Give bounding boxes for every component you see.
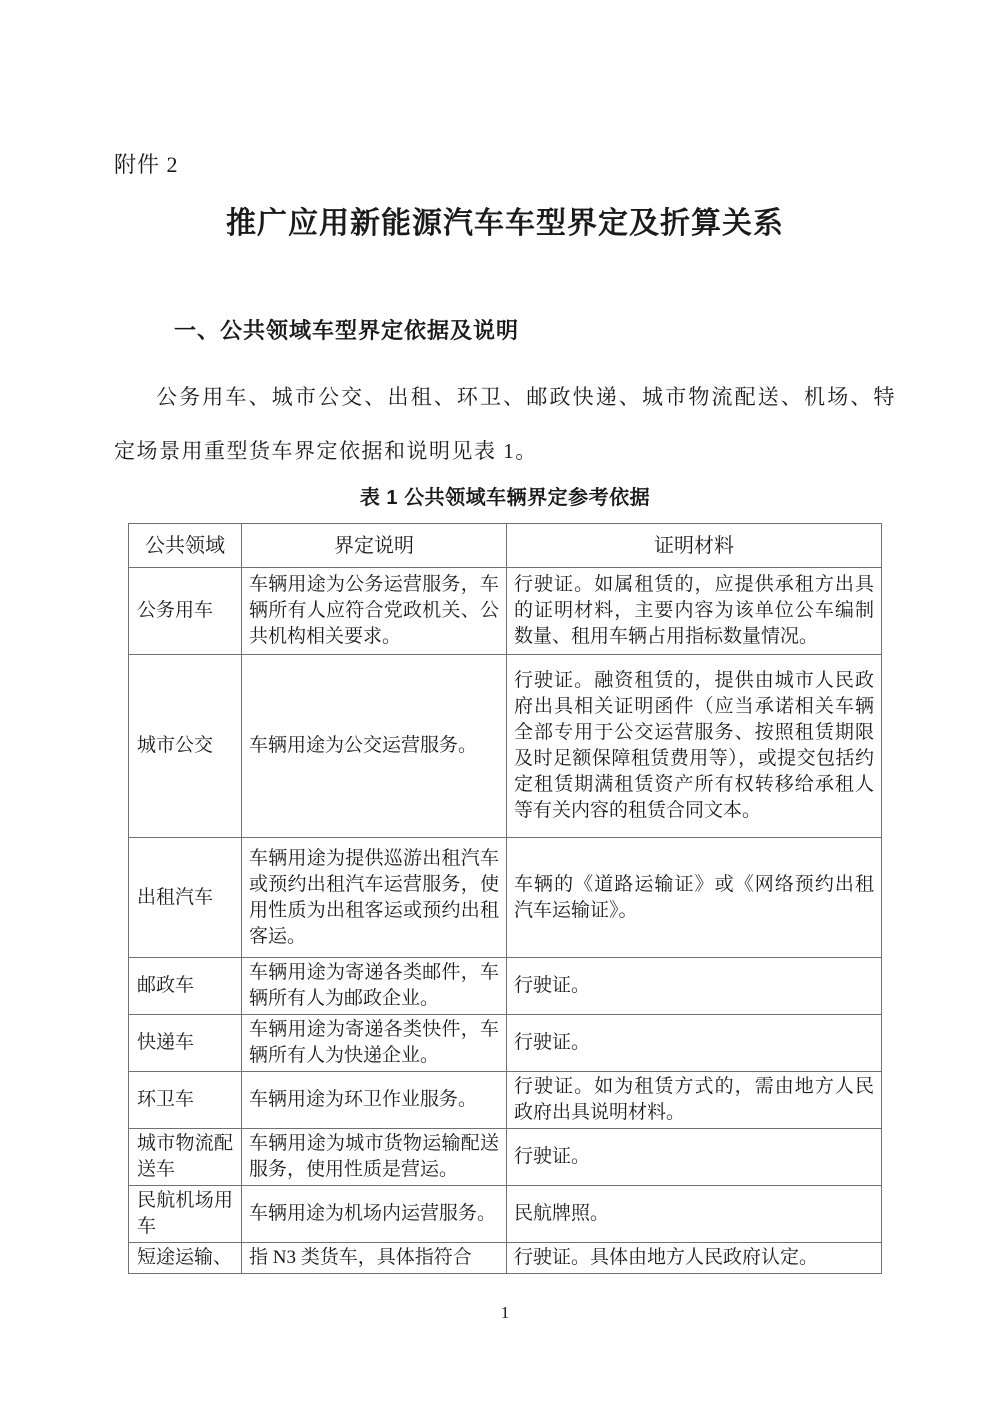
table-row: 邮政车 车辆用途为寄递各类邮件，车辆所有人为邮政企业。 行驶证。: [129, 958, 882, 1015]
document-title: 推广应用新能源汽车车型界定及折算关系: [114, 198, 896, 242]
cell-evidence: 行驶证。融资租赁的，提供由城市人民政府出具相关证明函件（应当承诺相关车辆全部专用…: [507, 655, 882, 838]
cell-definition: 车辆用途为公交运营服务。: [242, 655, 507, 838]
cell-domain: 短途运输、: [129, 1243, 242, 1274]
cell-domain: 城市公交: [129, 655, 242, 838]
cell-domain: 民航机场用车: [129, 1186, 242, 1243]
header-cell-evidence: 证明材料: [507, 524, 882, 568]
table-row: 短途运输、 指 N3 类货车，具体指符合 行驶证。具体由地方人民政府认定。: [129, 1243, 882, 1274]
table-row: 环卫车 车辆用途为环卫作业服务。 行驶证。如为租赁方式的，需由地方人民政府出具说…: [129, 1072, 882, 1129]
table-row: 城市公交 车辆用途为公交运营服务。 行驶证。融资租赁的，提供由城市人民政府出具相…: [129, 655, 882, 838]
cell-definition: 车辆用途为环卫作业服务。: [242, 1072, 507, 1129]
table-row: 民航机场用车 车辆用途为机场内运营服务。 民航牌照。: [129, 1186, 882, 1243]
cell-definition: 车辆用途为机场内运营服务。: [242, 1186, 507, 1243]
vehicle-definition-table: 公共领域 界定说明 证明材料 公务用车 车辆用途为公务运营服务，车辆所有人应符合…: [128, 523, 882, 1274]
cell-evidence: 行驶证。如属租赁的，应提供承租方出具的证明材料，主要内容为该单位公车编制数量、租…: [507, 568, 882, 655]
cell-definition: 指 N3 类货车，具体指符合: [242, 1243, 507, 1274]
document-page: 附件 2 推广应用新能源汽车车型界定及折算关系 一、公共领域车型界定依据及说明 …: [0, 0, 1007, 1426]
cell-evidence: 行驶证。: [507, 1015, 882, 1072]
cell-evidence: 行驶证。: [507, 1129, 882, 1186]
cell-evidence: 民航牌照。: [507, 1186, 882, 1243]
cell-evidence: 行驶证。如为租赁方式的，需由地方人民政府出具说明材料。: [507, 1072, 882, 1129]
cell-domain: 城市物流配送车: [129, 1129, 242, 1186]
table-caption: 表 1 公共领域车辆界定参考依据: [114, 481, 896, 510]
cell-definition: 车辆用途为寄递各类邮件，车辆所有人为邮政企业。: [242, 958, 507, 1015]
cell-definition: 车辆用途为城市货物运输配送服务，使用性质是营运。: [242, 1129, 507, 1186]
header-cell-definition: 界定说明: [242, 524, 507, 568]
header-cell-domain: 公共领域: [129, 524, 242, 568]
cell-definition: 车辆用途为公务运营服务，车辆所有人应符合党政机关、公共机构相关要求。: [242, 568, 507, 655]
cell-domain: 快递车: [129, 1015, 242, 1072]
page-number: 1: [114, 1303, 896, 1323]
cell-domain: 邮政车: [129, 958, 242, 1015]
cell-evidence: 车辆的《道路运输证》或《网络预约出租汽车运输证》。: [507, 838, 882, 958]
cell-domain: 出租汽车: [129, 838, 242, 958]
table-row: 城市物流配送车 车辆用途为城市货物运输配送服务，使用性质是营运。 行驶证。: [129, 1129, 882, 1186]
cell-definition: 车辆用途为提供巡游出租汽车或预约出租汽车运营服务，使用性质为出租客运或预约出租客…: [242, 838, 507, 958]
table-row: 出租汽车 车辆用途为提供巡游出租汽车或预约出租汽车运营服务，使用性质为出租客运或…: [129, 838, 882, 958]
table-row: 公务用车 车辆用途为公务运营服务，车辆所有人应符合党政机关、公共机构相关要求。 …: [129, 568, 882, 655]
cell-definition: 车辆用途为寄递各类快件，车辆所有人为快递企业。: [242, 1015, 507, 1072]
cell-evidence: 行驶证。具体由地方人民政府认定。: [507, 1243, 882, 1274]
cell-domain: 环卫车: [129, 1072, 242, 1129]
table-row: 快递车 车辆用途为寄递各类快件，车辆所有人为快递企业。 行驶证。: [129, 1015, 882, 1072]
cell-evidence: 行驶证。: [507, 958, 882, 1015]
attachment-label: 附件 2: [114, 148, 179, 179]
table-header-row: 公共领域 界定说明 证明材料: [129, 524, 882, 568]
cell-domain: 公务用车: [129, 568, 242, 655]
body-paragraph: 公务用车、城市公交、出租、环卫、邮政快递、城市物流配送、机场、特定场景用重型货车…: [114, 370, 896, 478]
section-heading: 一、公共领域车型界定依据及说明: [174, 314, 519, 345]
